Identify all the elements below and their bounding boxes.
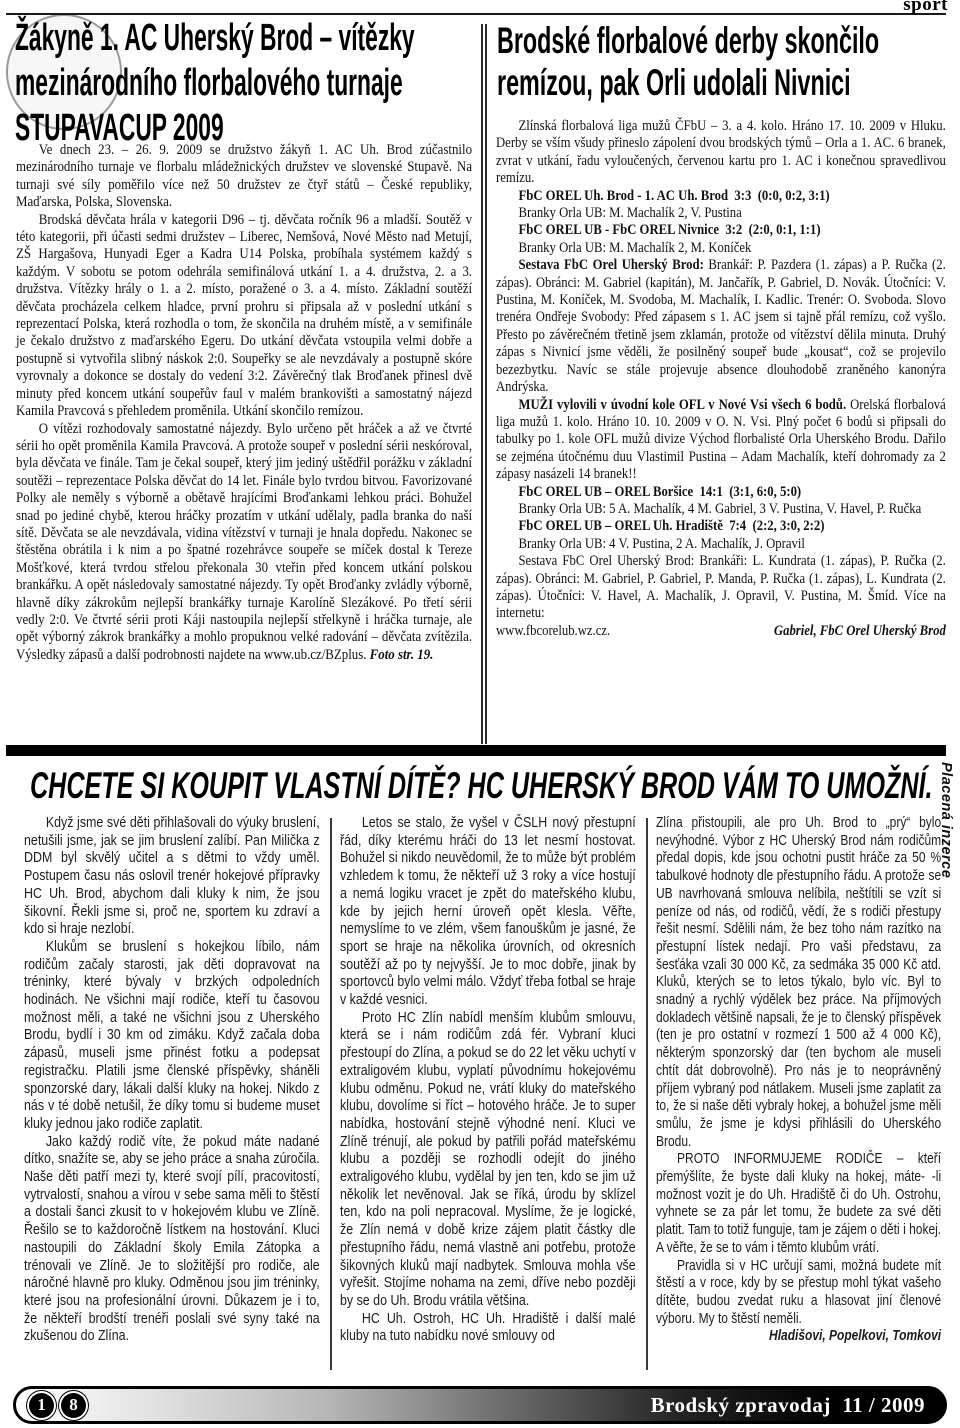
headline-line: mezinárodního florbalového turnaje xyxy=(15,61,415,106)
match-score-line: FbC OREL UB - FbC OREL Nivnice 3:2 (2:0,… xyxy=(496,222,946,239)
page-number: 1 8 xyxy=(29,1393,86,1418)
advert-column-rule xyxy=(646,818,648,1370)
paragraph: Proto HC Zlín nabídl menším klubům smlou… xyxy=(340,1010,636,1311)
advert-column-rule xyxy=(330,818,332,1370)
headline-line: remízou, pak Orli udolali Nivnici xyxy=(497,62,879,104)
right-article-headline: Brodské florbalové derby skončilo remízo… xyxy=(497,20,879,104)
match-score-line: FbC OREL UB – OREL Uh. Hradiště 7:4 (2:2… xyxy=(496,518,946,535)
advert-column-1: Když jsme své děti přihlašovali do výuky… xyxy=(24,815,320,1346)
match-score-line: FbC OREL UB – OREL Boršice 14:1 (3:1, 6:… xyxy=(496,484,946,501)
advert-column-2: Letos se stalo, že vyšel v ČSLH nový pře… xyxy=(340,815,636,1346)
column-divider-rule xyxy=(481,24,487,744)
men-lead: MUŽI vylovili v úvodní kole OFL v Nové V… xyxy=(518,397,846,413)
paragraph: Ve dnech 23. – 26. 9. 2009 se družstvo ž… xyxy=(16,142,472,212)
paragraph: O vítězi rozhodovaly samostatné nájezdy.… xyxy=(16,421,472,665)
paragraph-text: O vítězi rozhodovaly samostatné nájezdy.… xyxy=(16,421,472,663)
right-article-body: Zlínská florbalová liga mužů ČFbU – 3. a… xyxy=(496,118,946,640)
web-byline-row: www.fbcorelub.wz.cz. Gabriel, FbC Orel U… xyxy=(496,623,946,640)
goal-scorers-line: Branky Orla UB: M. Machalík 2, V. Pustin… xyxy=(496,205,946,222)
lineup-paragraph: Sestava FbC Orel Uherský Brod: Brankáři:… xyxy=(496,553,946,623)
paragraph: Jako každý rodič víte, že pokud máte nad… xyxy=(24,1134,320,1346)
issue-title: Brodský zpravodaj 11 / 2009 xyxy=(651,1393,931,1418)
lineup-lead: Sestava FbC Orel Uherský Brod: xyxy=(518,257,703,273)
page-footer-bar: 1 8 Brodský zpravodaj 11 / 2009 xyxy=(13,1386,947,1424)
lineup-paragraph: Sestava FbC Orel Uherský Brod: Brankář: … xyxy=(496,257,946,396)
paragraph: Letos se stalo, že vyšel v ČSLH nový pře… xyxy=(340,815,636,1010)
paragraph: Zlína přistoupili, ale pro Uh. Brod to „… xyxy=(656,815,941,1151)
photo-reference-note: Foto str. 19. xyxy=(370,647,434,663)
headline-line: Žákyně 1. AC Uherský Brod – vítězky xyxy=(15,16,415,61)
page-number-digit: 8 xyxy=(61,1393,86,1418)
goal-scorers-line: Branky Orla UB: M. Machalík 2, M. Koníče… xyxy=(496,240,946,257)
lineup-text: Brankář: P. Pazdera (1. zápas) a P. Ručk… xyxy=(496,257,946,395)
lead-paragraph: Zlínská florbalová liga mužů ČFbU – 3. a… xyxy=(496,118,946,188)
goal-scorers-line: Branky Orla UB: 5 A. Machalík, 4 M. Gabr… xyxy=(496,501,946,518)
advert-signature: Hladišovi, Popelkovi, Tomkovi xyxy=(656,1328,941,1346)
section-kicker: sport xyxy=(903,0,948,13)
page-number-digit: 1 xyxy=(29,1393,54,1418)
paragraph: Klukům se bruslení s hokejkou líbilo, ná… xyxy=(24,939,320,1134)
section-divider-bar xyxy=(6,745,946,756)
paragraph: Brodská děvčata hrála v kategorii D96 – … xyxy=(16,212,472,421)
top-rule xyxy=(6,13,946,15)
article-byline: Gabriel, FbC Orel Uherský Brod xyxy=(774,623,946,640)
advert-headline: CHCETE SI KOUPIT VLASTNÍ DÍTĚ? HC UHERSK… xyxy=(30,766,933,806)
men-result-paragraph: MUŽI vylovili v úvodní kole OFL v Nové V… xyxy=(496,397,946,484)
match-score-line: FbC OREL Uh. Brod - 1. AC Uh. Brod 3:3 (… xyxy=(496,188,946,205)
goal-scorers-line: Branky Orla UB: 4 V. Pustina, 2 A. Macha… xyxy=(496,536,946,553)
headline-line: Brodské florbalové derby skončilo xyxy=(497,20,879,62)
paragraph: Když jsme své děti přihlašovali do výuky… xyxy=(24,815,320,939)
paragraph: Pravidla si v HC určují sami, možná bude… xyxy=(656,1258,941,1329)
advert-column-3: Zlína přistoupili, ale pro Uh. Brod to „… xyxy=(656,815,941,1346)
left-article-headline: Žákyně 1. AC Uherský Brod – vítězky mezi… xyxy=(15,16,415,151)
club-website-url: www.fbcorelub.wz.cz. xyxy=(496,623,610,640)
paragraph: PROTO INFORMUJEME RODIČE – kteří přemýšl… xyxy=(656,1151,941,1257)
left-article-body: Ve dnech 23. – 26. 9. 2009 se družstvo ž… xyxy=(16,142,472,664)
paragraph: HC Uh. Ostroh, HC Uh. Hradiště i další m… xyxy=(340,1311,636,1346)
